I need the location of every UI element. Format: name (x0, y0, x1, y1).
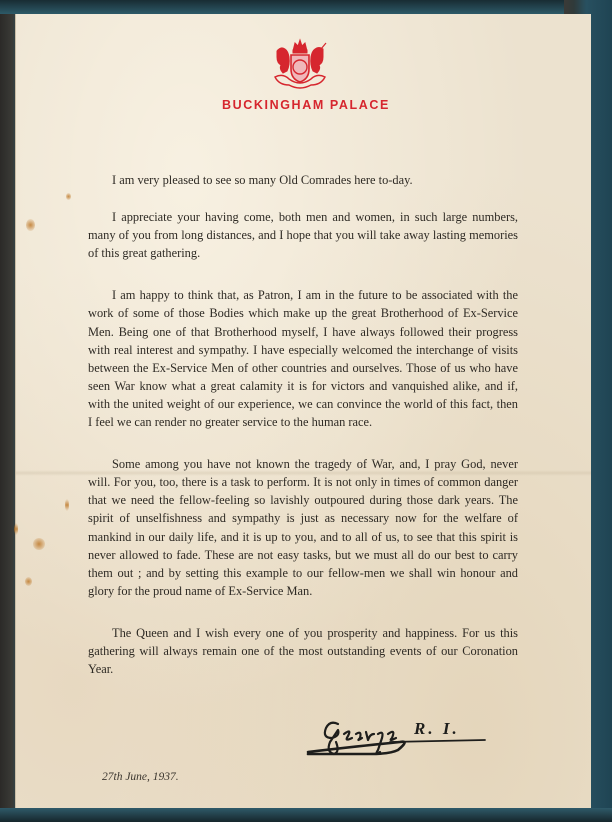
frame-bottom-edge (0, 808, 612, 822)
royal-coat-of-arms-icon (271, 37, 329, 93)
letterhead-title: BUCKINGHAM PALACE (0, 98, 612, 112)
stain-mark (65, 499, 69, 511)
frame-top-edge (0, 0, 612, 14)
stain-mark (14, 523, 18, 535)
letter-body: I am very pleased to see so many Old Com… (88, 171, 518, 702)
paragraph-task: Some among you have not known the traged… (88, 455, 518, 600)
stain-mark (33, 538, 45, 550)
stain-mark (26, 219, 35, 231)
paragraph-patron: I am happy to think that, as Patron, I a… (88, 286, 518, 431)
signature-george-ri: R. I. (300, 712, 500, 770)
paragraph-appreciation: I appreciate your having come, both men … (88, 208, 518, 262)
letter-date: 27th June, 1937. (102, 771, 179, 783)
stain-mark (25, 577, 32, 586)
paragraph-closing: The Queen and I wish every one of you pr… (88, 624, 518, 678)
signature-suffix: R. I. (413, 719, 460, 738)
stain-mark (66, 193, 71, 200)
paragraph-greeting: I am very pleased to see so many Old Com… (88, 171, 518, 189)
